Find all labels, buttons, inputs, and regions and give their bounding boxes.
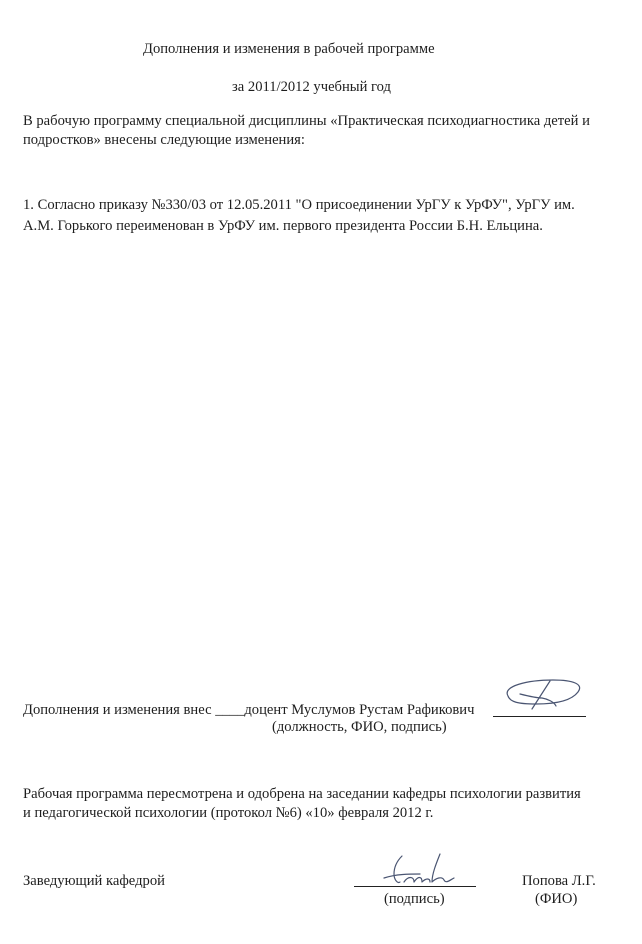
author-line: Дополнения и изменения внес ____доцент М… — [23, 701, 474, 719]
approval-line: и педагогической психологии (протокол №6… — [23, 804, 433, 822]
head-signature-line — [354, 886, 476, 887]
document-title: Дополнения и изменения в рабочей програм… — [143, 40, 435, 58]
change-item-line: А.М. Горького переименован в УрФУ им. пе… — [23, 217, 543, 235]
intro-line: подростков» внесены следующие изменения: — [23, 131, 305, 149]
change-item-line: 1. Согласно приказу №330/03 от 12.05.201… — [23, 196, 575, 214]
intro-line: В рабочую программу специальной дисципли… — [23, 112, 590, 130]
head-signature-caption: (подпись) — [384, 890, 445, 908]
document-subtitle: за 2011/2012 учебный год — [232, 78, 391, 96]
approval-line: Рабочая программа пересмотрена и одобрен… — [23, 785, 581, 803]
head-name: Попова Л.Г. — [522, 872, 596, 890]
head-signature-icon — [380, 852, 460, 888]
head-of-department-label: Заведующий кафедрой — [23, 872, 165, 890]
head-name-caption: (ФИО) — [535, 890, 577, 908]
author-signature-icon — [498, 676, 588, 712]
author-signature-line — [493, 716, 586, 717]
author-caption: (должность, ФИО, подпись) — [272, 718, 447, 736]
